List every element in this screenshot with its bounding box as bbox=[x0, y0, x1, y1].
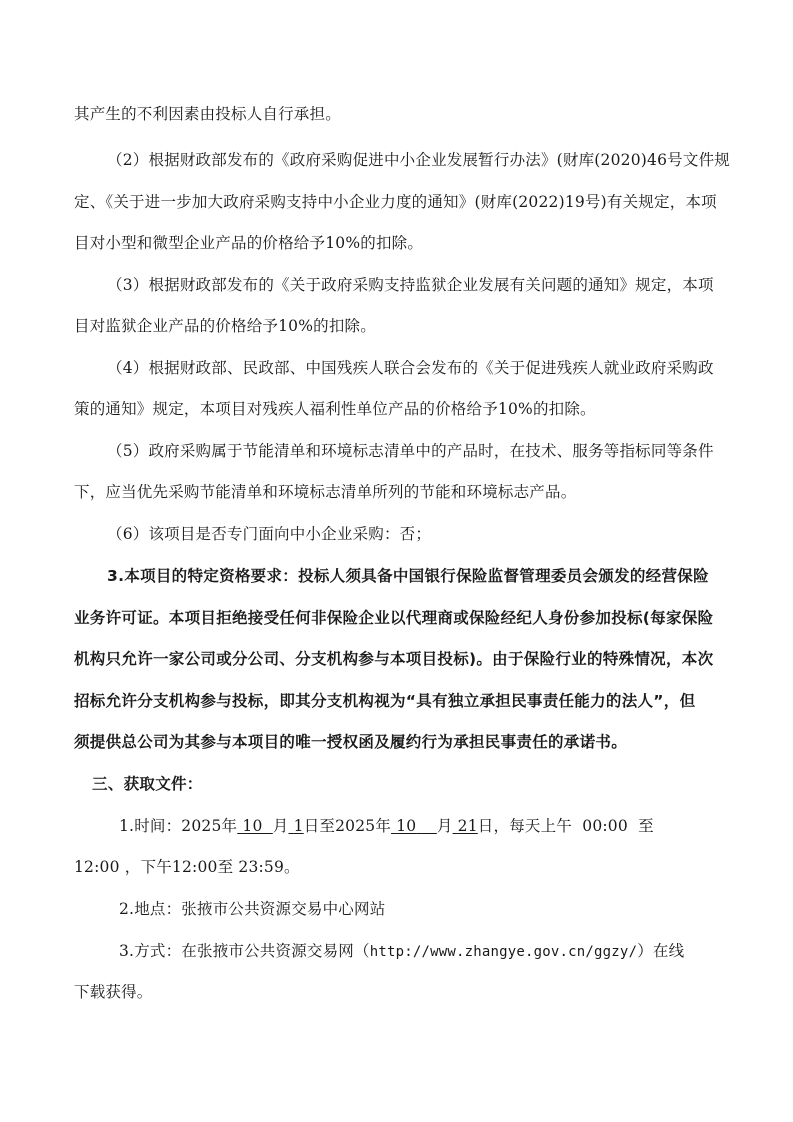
item-3-line-1: （3）根据财政部发布的《关于政府采购支持监狱企业发展有关问题的通知》规定，本项 bbox=[107, 275, 714, 295]
end-day: 21 bbox=[458, 817, 478, 835]
item-5-line-1: （5）政府采购属于节能清单和环境标志清单中的产品时，在技术、服务等指标同等条件 bbox=[107, 441, 714, 461]
item-6-line-1: （6）该项目是否专门面向中小企业采购：否； bbox=[107, 524, 431, 544]
item-4-line-1: （4）根据财政部、民政部、中国残疾人联合会发布的《关于促进残疾人就业政府采购政 bbox=[107, 358, 714, 378]
start-day-field: 1 bbox=[288, 817, 303, 835]
qualification-line-4: 招标允许分支机构参与投标，即其分支机构视为“具有独立承担民事责任能力的法人”，但 bbox=[74, 691, 695, 711]
item-3-line-2: 目对监狱企业产品的价格给予10%的扣除。 bbox=[74, 316, 376, 336]
start-year: 2025 bbox=[181, 817, 221, 835]
end-day-field: 21 bbox=[453, 817, 478, 835]
method-line-1: 3.方式：在张掖市公共资源交易网（http://www.zhangye.gov.… bbox=[119, 941, 684, 961]
method-suffix: ）在线 bbox=[637, 942, 684, 960]
item-2-line-1: （2）根据财政部发布的《政府采购促进中小企业发展暂行办法》(财库(2020)46… bbox=[107, 150, 730, 170]
start-day: 1 bbox=[294, 817, 304, 835]
time-line-1: 1.时间：2025年 10 月 1日至2025年 10 月 21日，每天上午 0… bbox=[119, 816, 654, 836]
qualification-line-3: 机构只允许一家公司或分公司、分支机构参与本项目投标)。由于保险行业的特殊情况，本… bbox=[74, 649, 713, 669]
time-line-2: 12:00 ，下午12:00至 23:59。 bbox=[74, 857, 300, 877]
qualification-line-2: 业务许可证。本项目拒绝接受任何非保险企业以代理商或保险经纪人身份参加投标(每家保… bbox=[74, 608, 713, 628]
year-suffix: 年 bbox=[222, 817, 238, 835]
month-suffix: 月 bbox=[273, 817, 289, 835]
method-url-link[interactable]: http://www.zhangye.gov.cn/ggzy/ bbox=[370, 944, 638, 960]
start-month: 10 bbox=[242, 817, 262, 835]
end-year: 2025 bbox=[335, 817, 375, 835]
location-line: 2.地点：张掖市公共资源交易中心网站 bbox=[119, 899, 385, 919]
month-suffix-2: 月 bbox=[437, 817, 453, 835]
section-3-heading: 三、获取文件： bbox=[92, 774, 203, 794]
item-5-line-2: 下，应当优先采购节能清单和环境标志清单所列的节能和环境标志产品。 bbox=[74, 482, 576, 502]
method-line-2: 下载获得。 bbox=[74, 982, 153, 1002]
start-month-field: 10 bbox=[237, 817, 273, 835]
time-label: 1.时间： bbox=[119, 817, 181, 835]
item-2-line-2: 定、《关于进一步加大政府采购支持中小企业力度的通知》(财库(2022)19号)有… bbox=[74, 192, 717, 212]
year-suffix-2: 年 bbox=[375, 817, 391, 835]
end-month: 10 bbox=[396, 817, 416, 835]
qualification-line-1: 3.本项目的特定资格要求：投标人须具备中国银行保险监督管理委员会颁发的经营保险 bbox=[107, 566, 709, 586]
method-prefix: 3.方式：在张掖市公共资源交易网（ bbox=[119, 942, 370, 960]
end-month-field: 10 bbox=[391, 817, 437, 835]
item-2-line-3: 目对小型和微型企业产品的价格给予10%的扣除。 bbox=[74, 233, 423, 253]
item-4-line-2: 策的通知》规定，本项目对残疾人福利性单位产品的价格给予10%的扣除。 bbox=[74, 399, 596, 419]
day-suffix: 日至 bbox=[304, 817, 335, 835]
paragraph-continuation: 其产生的不利因素由投标人自行承担。 bbox=[74, 104, 341, 124]
end-day-suffix: 日，每天上午 00:00 至 bbox=[478, 817, 654, 835]
qualification-line-5: 须提供总公司为其参与本项目的唯一授权函及履约行为承担民事责任的承诺书。 bbox=[74, 732, 627, 752]
